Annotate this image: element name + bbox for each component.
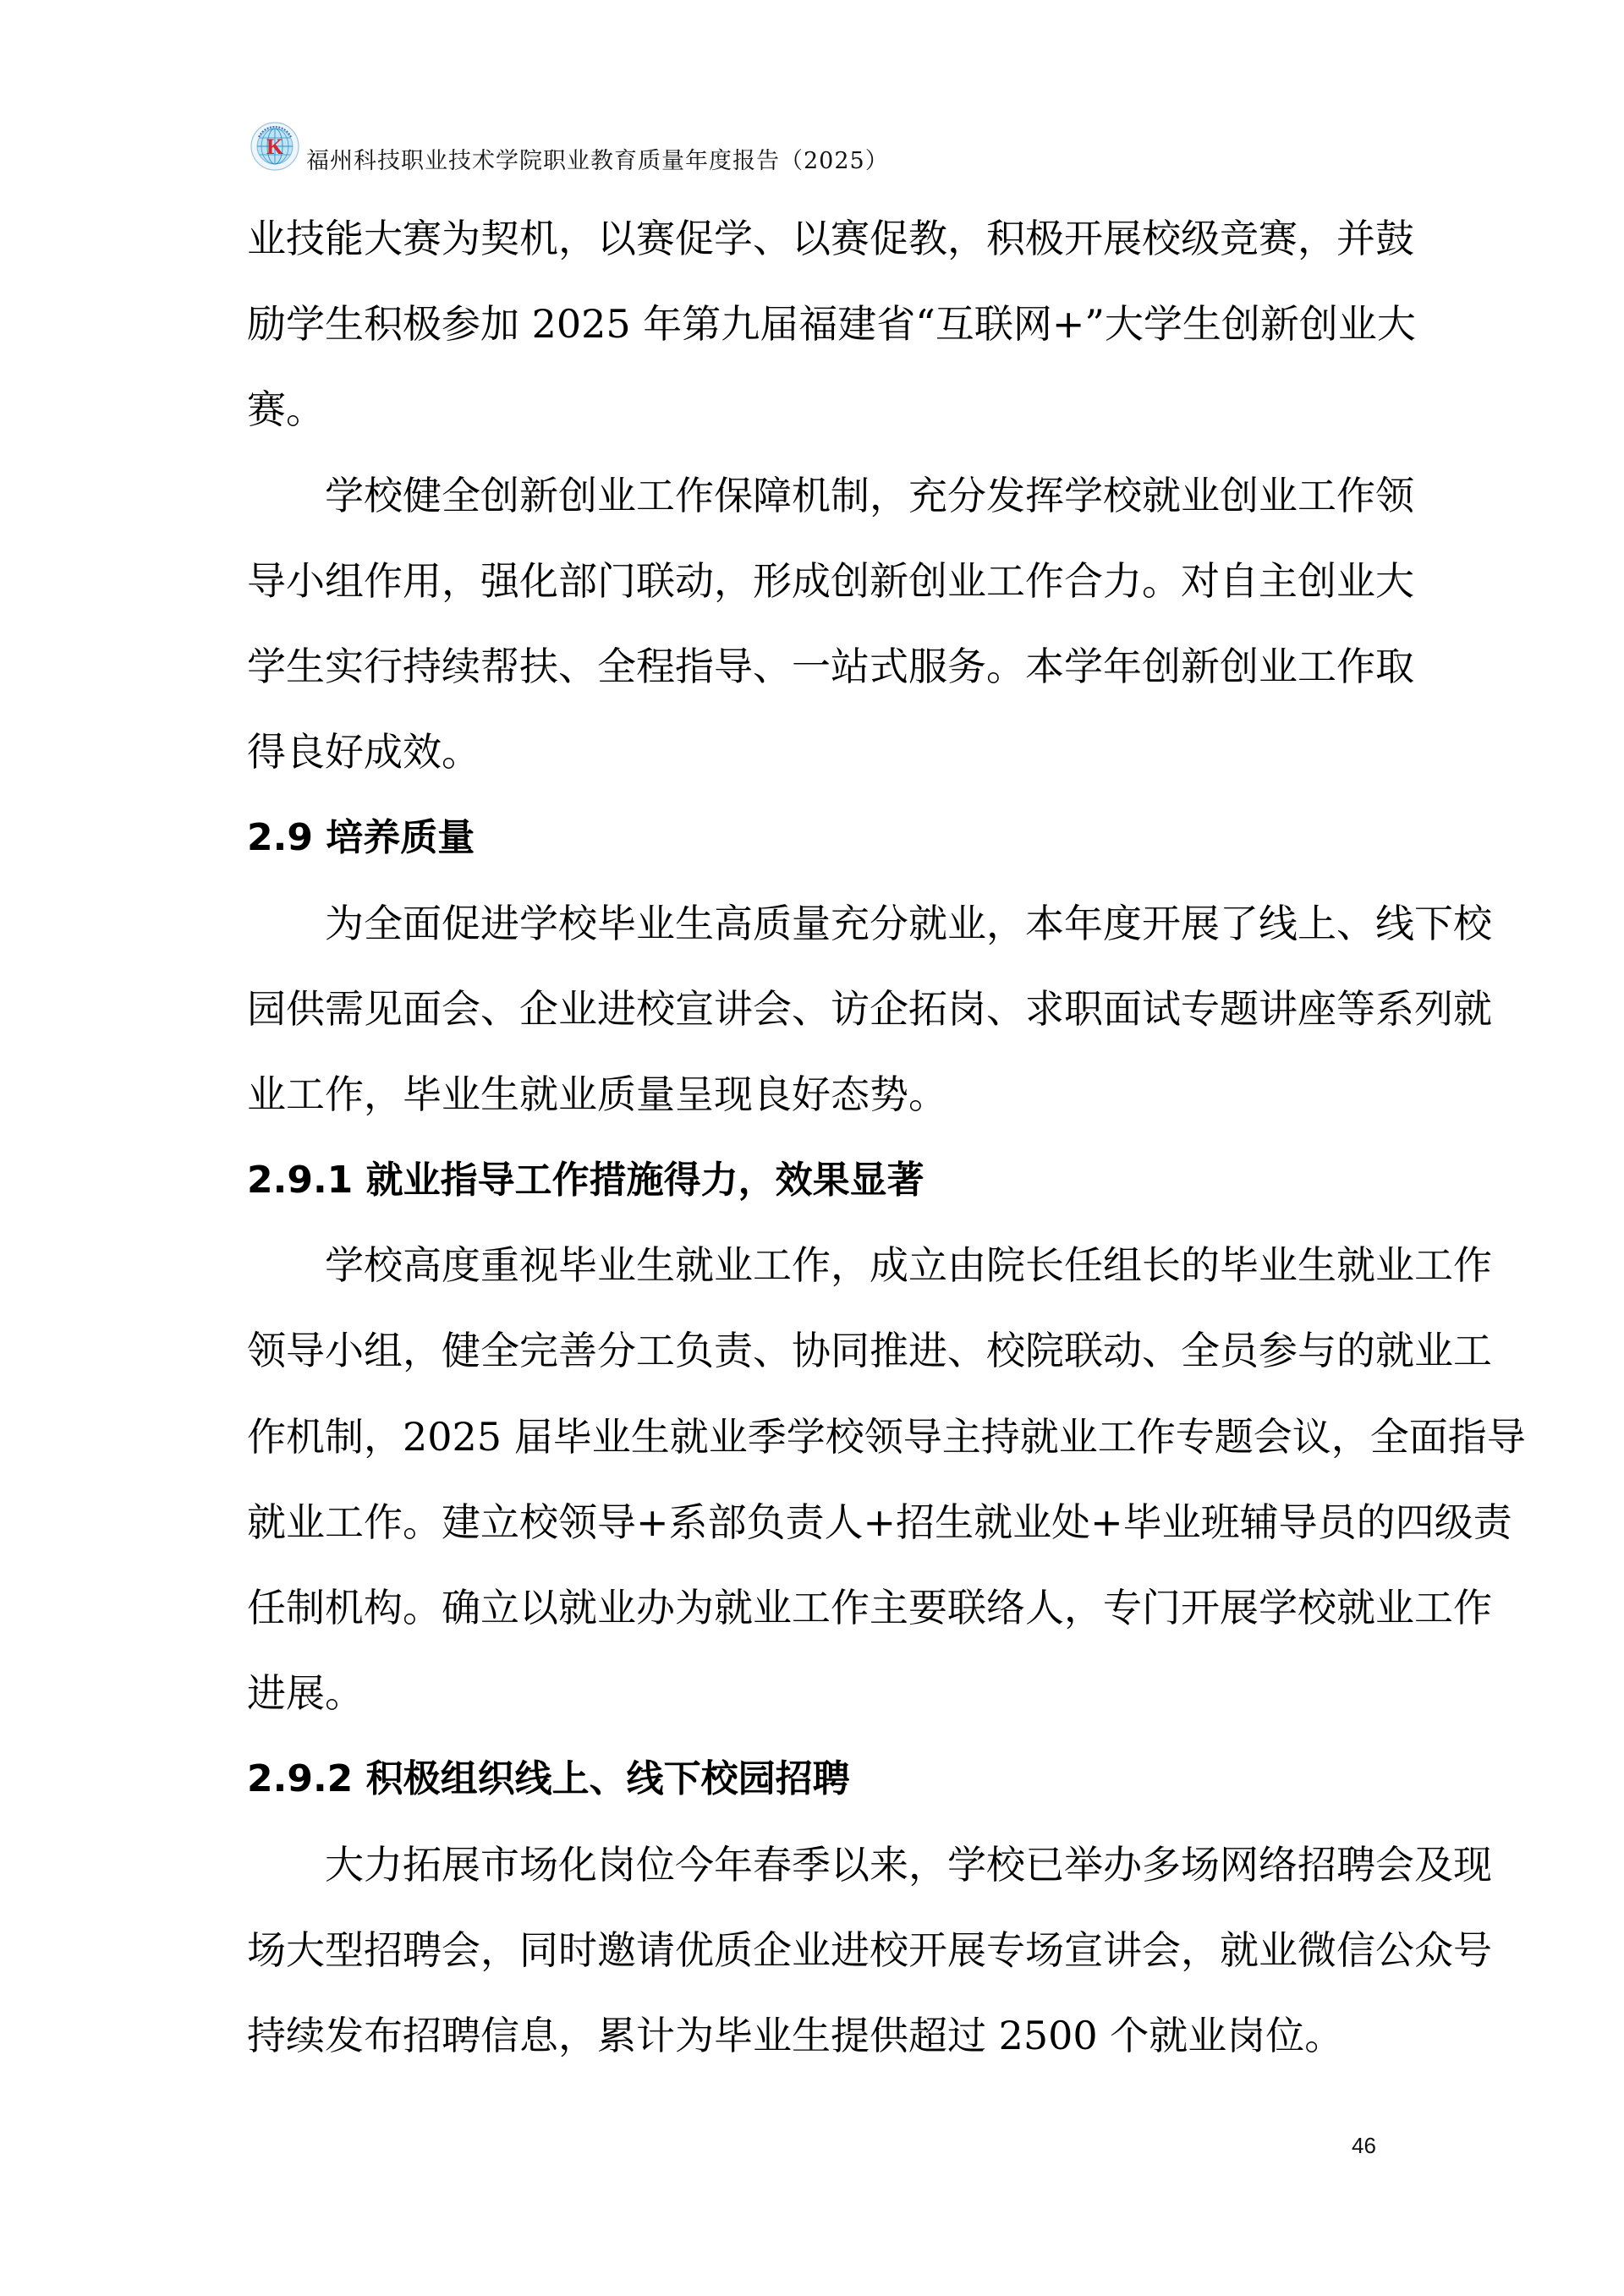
report-header-title: 福州科技职业技术学院职业教育质量年度报告（2025） [306, 149, 889, 174]
section-heading-2-9: 2.9 培养质量 [247, 795, 1380, 880]
text-line: 为全面促进学校毕业生高质量充分就业，本年度开展了线上、线下校 [247, 881, 1380, 967]
text-line: 业工作，毕业生就业质量呈现良好态势。 [247, 1052, 1380, 1137]
text-line: 学生实行持续帮扶、全程指导、一站式服务。本学年创新创业工作取 [247, 624, 1380, 710]
text-line: 持续发布招聘信息，累计为毕业生提供超过 2500 个就业岗位。 [247, 1993, 1380, 2079]
paragraph-innovation-mechanism: 学校健全创新创业工作保障机制，充分发挥学校就业创业工作领 导小组作用，强化部门联… [247, 453, 1380, 796]
paragraph-campus-recruitment: 大力拓展市场化岗位今年春季以来，学校已举办多场网络招聘会及现 场大型招聘会，同时… [247, 1822, 1380, 2080]
text-line: 业技能大赛为契机，以赛促学、以赛促教，积极开展校级竞赛，并鼓 [247, 196, 1380, 282]
paragraph-employment-guidance: 学校高度重视毕业生就业工作，成立由院长任组长的毕业生就业工作 领导小组，健全完善… [247, 1223, 1380, 1736]
svg-text:K: K [266, 134, 284, 159]
text-line: 学校高度重视毕业生就业工作，成立由院长任组长的毕业生就业工作 [247, 1223, 1380, 1308]
text-line: 进展。 [247, 1651, 1380, 1736]
page-header: K 福州科技职业技术学院职业教育质量年度报告（2025） [250, 117, 889, 171]
text-line: 任制机构。确立以就业办为就业工作主要联络人，专门开展学校就业工作 [247, 1565, 1380, 1651]
text-line: 大力拓展市场化岗位今年春季以来，学校已举办多场网络招聘会及现 [247, 1822, 1380, 1908]
paragraph-training-quality: 为全面促进学校毕业生高质量充分就业，本年度开展了线上、线下校 园供需见面会、企业… [247, 881, 1380, 1138]
text-line: 作机制，2025 届毕业生就业季学校领导主持就业工作专题会议，全面指导 [247, 1395, 1380, 1480]
text-line: 赛。 [247, 367, 1380, 452]
school-logo-icon: K [250, 122, 299, 171]
text-line: 领导小组，健全完善分工负责、协同推进、校院联动、全员参与的就业工 [247, 1308, 1380, 1394]
text-line: 园供需见面会、企业进校宣讲会、访企拓岗、求职面试专题讲座等系列就 [247, 967, 1380, 1052]
paragraph-competition: 业技能大赛为契机，以赛促学、以赛促教，积极开展校级竞赛，并鼓 励学生积极参加 2… [247, 196, 1380, 453]
text-line: 导小组作用，强化部门联动，形成创新创业工作合力。对自主创业大 [247, 539, 1380, 624]
section-heading-2-9-1: 2.9.1 就业指导工作措施得力，效果显著 [247, 1137, 1380, 1223]
text-line: 得良好成效。 [247, 710, 1380, 795]
text-line: 就业工作。建立校领导+系部负责人+招生就业处+毕业班辅导员的四级责 [247, 1480, 1380, 1565]
text-line: 学校健全创新创业工作保障机制，充分发挥学校就业创业工作领 [247, 453, 1380, 539]
text-line: 场大型招聘会，同时邀请优质企业进校开展专场宣讲会，就业微信公众号 [247, 1908, 1380, 1993]
text-line: 励学生积极参加 2025 年第九届福建省“互联网+”大学生创新创业大 [247, 282, 1380, 367]
section-heading-2-9-2: 2.9.2 积极组织线上、线下校园招聘 [247, 1736, 1380, 1822]
document-body: 业技能大赛为契机，以赛促学、以赛促教，积极开展校级竞赛，并鼓 励学生积极参加 2… [247, 196, 1380, 2079]
page-number: 46 [1352, 2133, 1376, 2158]
